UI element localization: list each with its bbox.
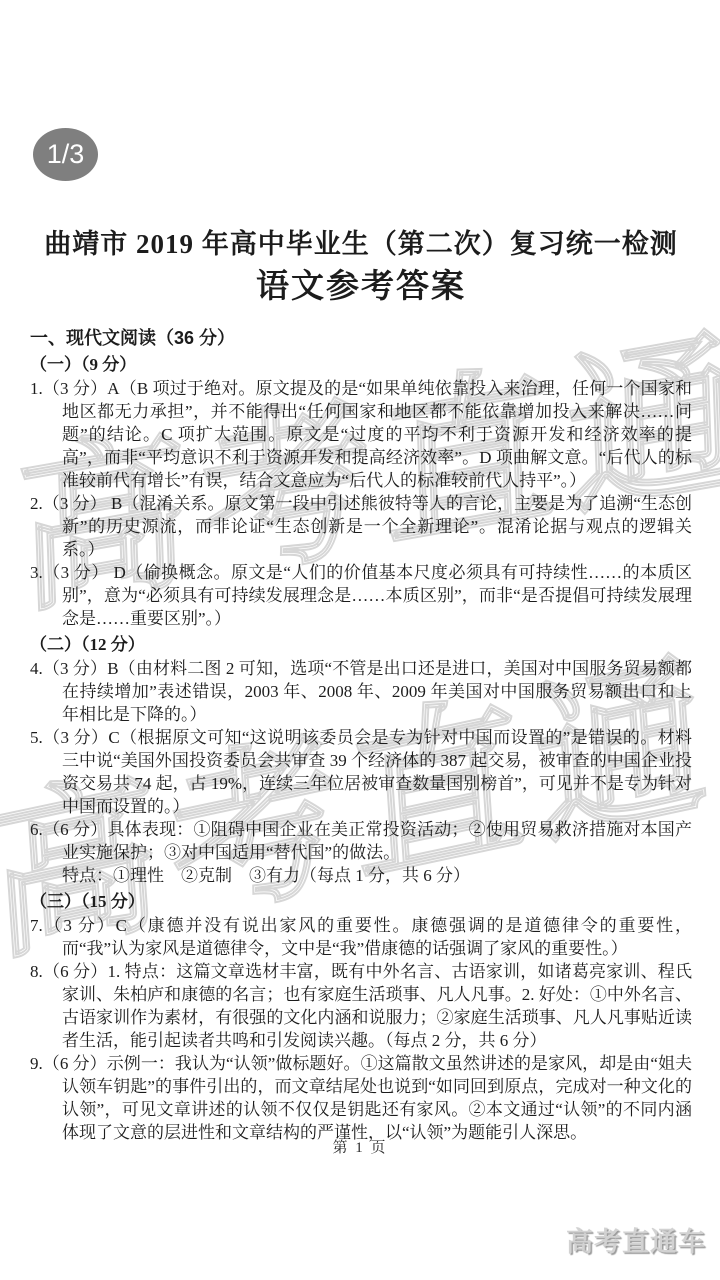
page-index-badge: 1/3: [33, 128, 98, 181]
subsection-heading-2: （二）（12 分）: [30, 633, 692, 657]
document-body: 曲靖市 2019 年高中毕业生（第二次）复习统一检测 语文参考答案 一、现代文阅…: [30, 226, 692, 1144]
answer-item-8: 8.（6 分）1. 特点：这篇文章选材丰富，既有中外名言、古语家训，如诸葛亮家训…: [30, 960, 692, 1052]
image-viewer-page: 高考直通车 高考直通车 高考直通车 1/3 曲靖市 2019 年高中毕业生（第二…: [0, 0, 720, 1280]
answer-item-9: 9.（6 分）示例一：我认为“认领”做标题好。①这篇散文虽然讲述的是家风，却是由…: [30, 1052, 692, 1144]
answer-item-5: 5.（3 分）C（根据原文可知“这说明该委员会是专为针对中国而设置的”是错误的。…: [30, 726, 692, 818]
document-title: 曲靖市 2019 年高中毕业生（第二次）复习统一检测: [30, 226, 692, 262]
watermark-corner-logo: 高考直通车: [566, 1226, 706, 1258]
subsection-heading-3: （三）（15 分）: [30, 890, 692, 914]
subsection-heading-1: （一）（9 分）: [30, 353, 692, 377]
document-subtitle: 语文参考答案: [30, 266, 692, 306]
page-number-footer: 第 1 页: [0, 1136, 720, 1157]
answer-item-6: 6.（6 分）具体表现：①阻碍中国企业在美正常投资活动；②使用贸易救济措施对本国…: [30, 818, 692, 864]
answer-item-3: 3.（3 分） D（偷换概念。原文是“人们的价值基本尺度必须具有可持续性……的本…: [30, 561, 692, 630]
answer-item-4: 4.（3 分）B（由材料二图 2 可知，选项“不管是出口还是进口，美国对中国服务…: [30, 657, 692, 726]
answer-item-1: 1.（3 分）A（B 项过于绝对。原文提及的是“如果单纯依靠投入来治理，任何一个…: [30, 377, 692, 492]
answer-item-6-continuation: 特点：①理性 ②克制 ③有力（每点 1 分，共 6 分）: [30, 864, 692, 887]
section-heading-modern-reading: 一、现代文阅读（36 分）: [30, 326, 692, 350]
answer-item-2: 2.（3 分） B（混淆关系。原文第一段中引述熊彼特等人的言论，主要是为了追溯“…: [30, 492, 692, 561]
page-index-label: 1/3: [47, 139, 85, 170]
answer-item-7: 7.（3 分）C（康德并没有说出家风的重要性。康德强调的是道德律令的重要性，而“…: [30, 914, 692, 960]
